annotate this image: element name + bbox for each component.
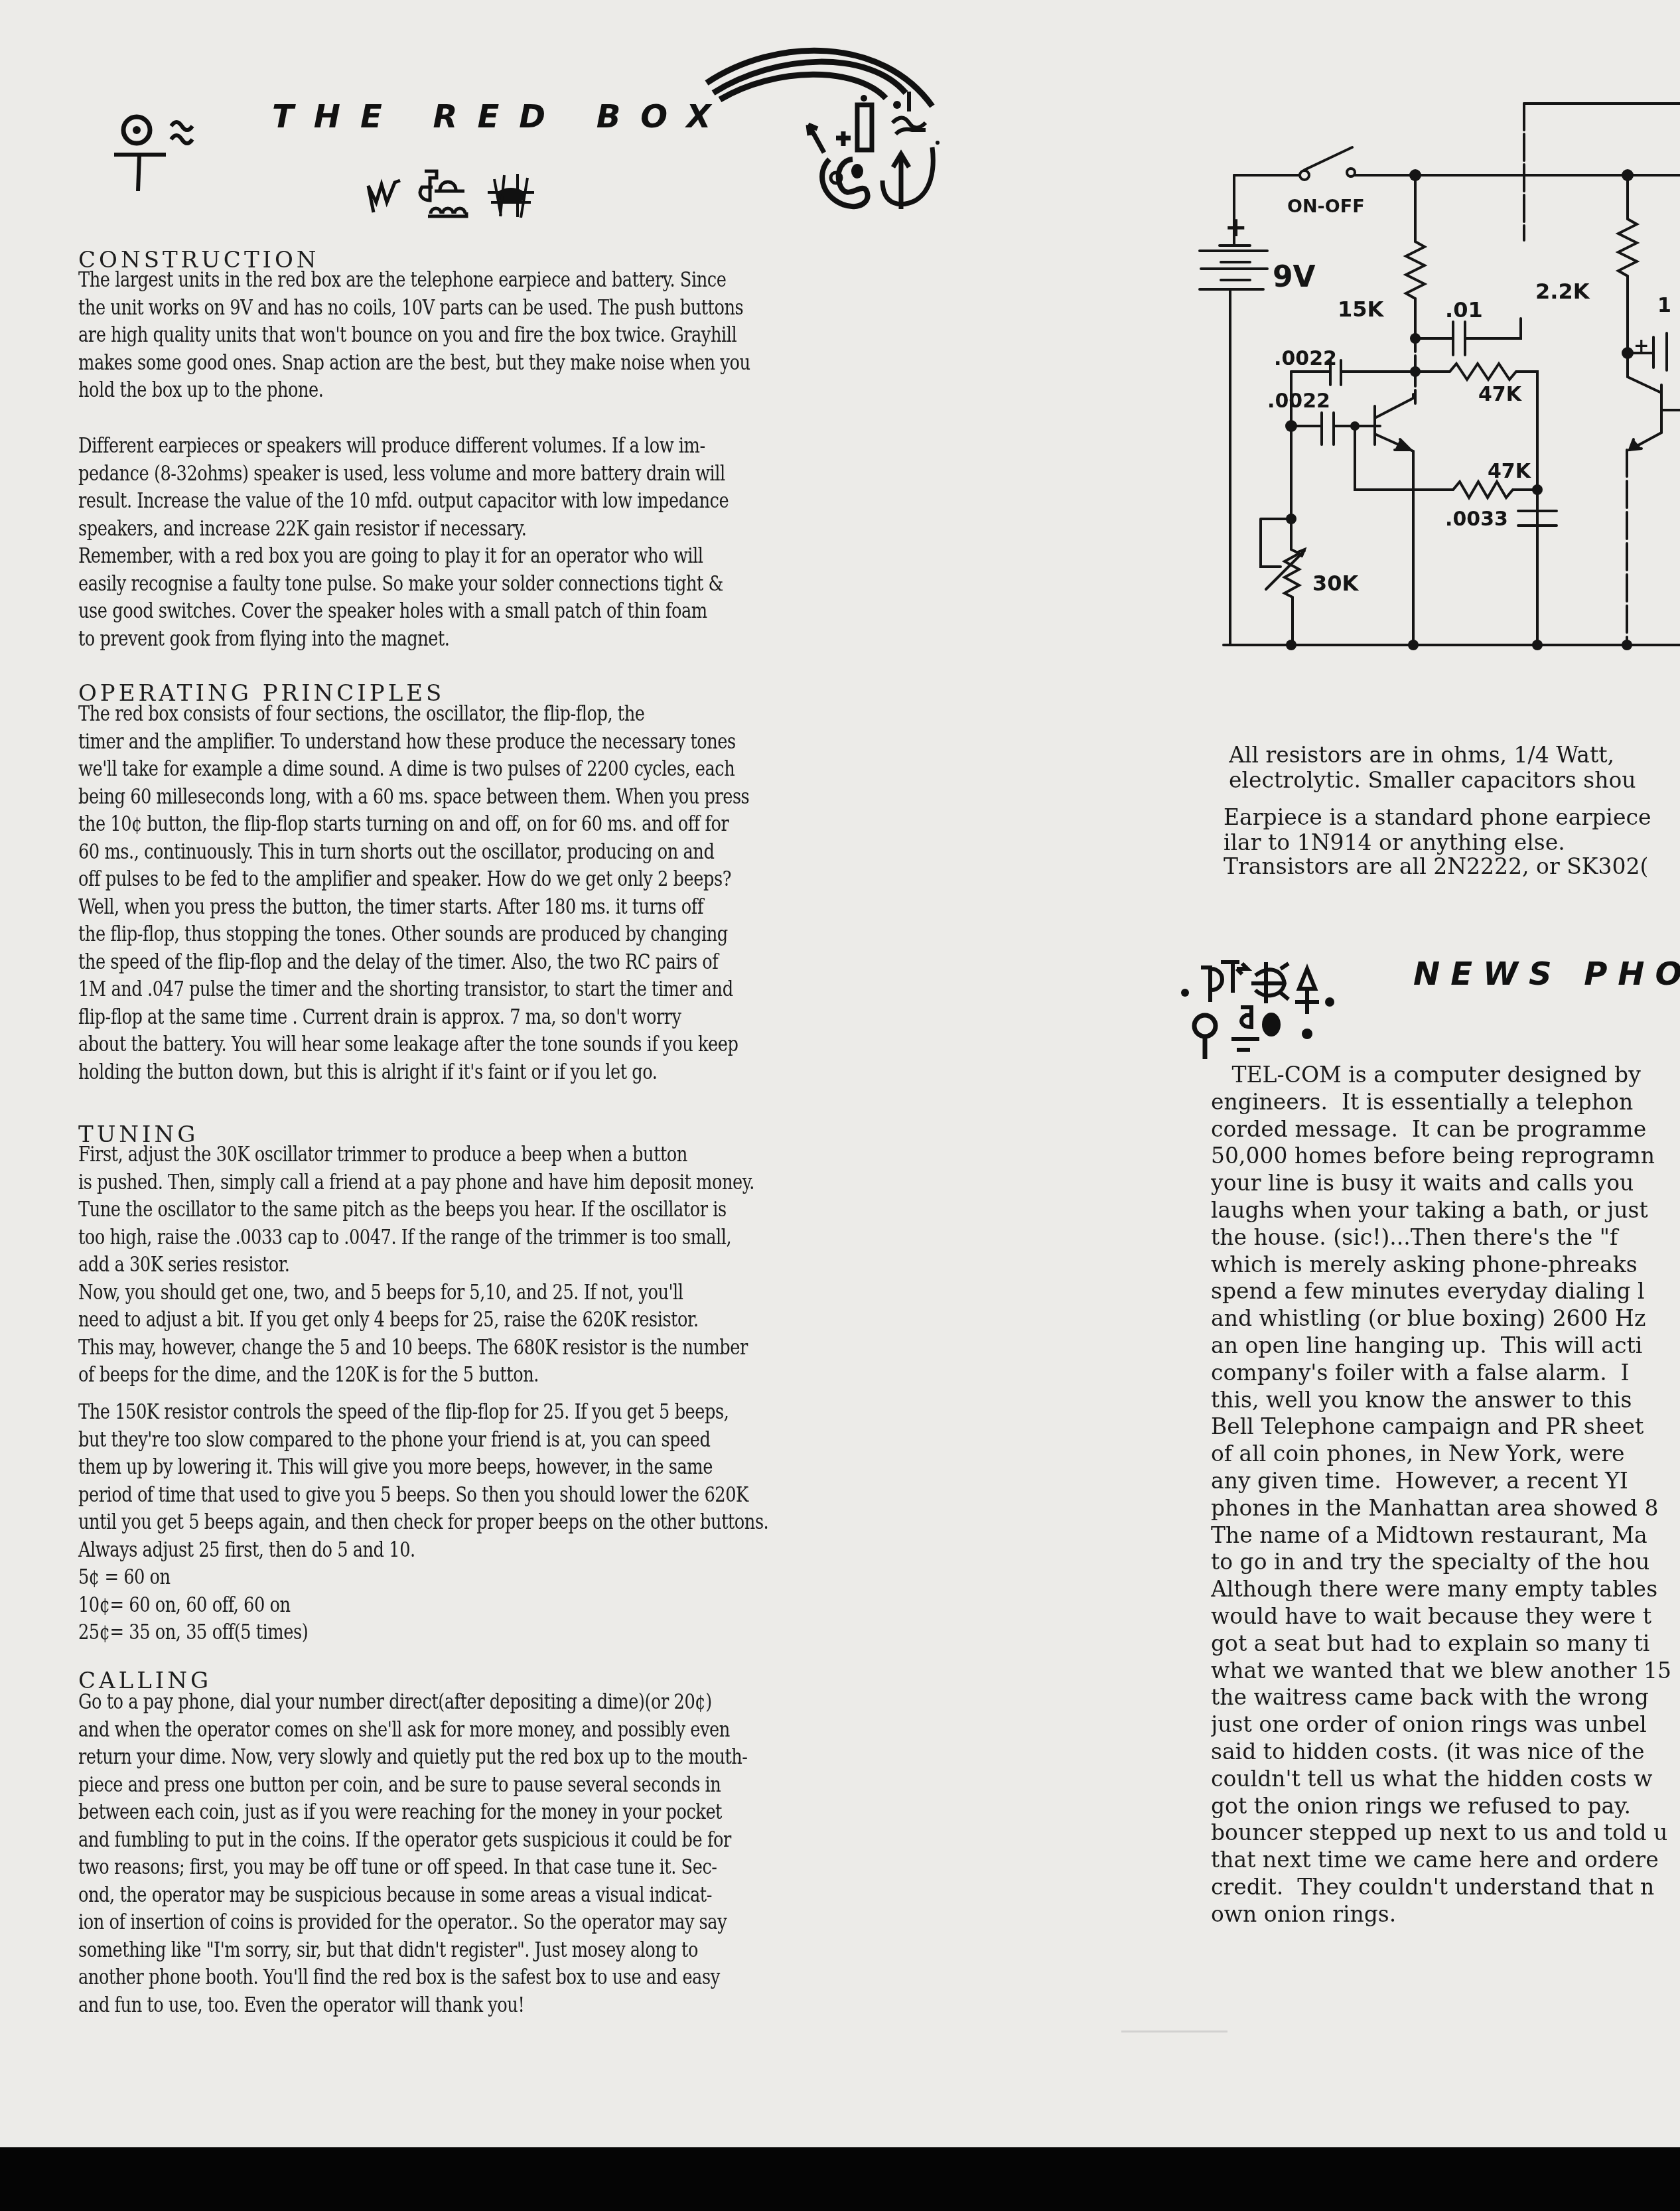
news-article-body: TEL-COM is a computer designed byenginee… xyxy=(1188,1062,1680,1977)
news-body-line: credit. They couldn't understand that n xyxy=(1211,1874,1675,1901)
news-body-line: to go in and try the specialty of the ho… xyxy=(1211,1549,1675,1576)
parts-note-line: ilar to 1N914 or anything else. xyxy=(1224,829,1680,857)
news-body-line: the waitress came back with the wrong xyxy=(1211,1684,1675,1711)
c4-label: .0033 xyxy=(1445,508,1508,531)
parts-note-line: All resistors are in ohms, 1/4 Watt, xyxy=(1229,742,1680,769)
scanned-page: THE RED BOX CONSTRUCTION The largest uni… xyxy=(0,0,1680,2147)
news-hieroglyph-icon xyxy=(1181,942,1400,1062)
scan-mark xyxy=(1121,2031,1227,2033)
news-body-line: laughs when your taking a bath, or just xyxy=(1211,1197,1675,1224)
c5-plus-label: + xyxy=(1634,334,1649,356)
parts-note-line: electrolytic. Smaller capacitors shou xyxy=(1229,767,1680,794)
news-body-line: TEL-COM is a computer designed by xyxy=(1211,1062,1675,1089)
news-body-line: would have to wait because they were t xyxy=(1211,1603,1675,1630)
news-body-line: this, well you know the answer to this xyxy=(1211,1387,1675,1414)
news-body-line: said to hidden costs. (it was nice of th… xyxy=(1211,1739,1675,1766)
trimmer-label: 30K xyxy=(1312,571,1360,596)
r3-label: 47K xyxy=(1478,383,1523,406)
c3-label: .0022 xyxy=(1267,390,1330,413)
news-body-line: bouncer stepped up next to us and told u xyxy=(1211,1819,1675,1847)
c2-label: .0022 xyxy=(1274,347,1337,370)
news-body-line: spend a few minutes everyday dialing l xyxy=(1211,1278,1675,1305)
scanner-edge-bar xyxy=(0,2147,1680,2211)
news-body-line: Bell Telephone campaign and PR sheet xyxy=(1211,1413,1675,1441)
news-body-line: just one order of onion rings was unbel xyxy=(1211,1711,1675,1739)
switch-label: ON-OFF xyxy=(1287,196,1365,217)
news-body-line: the house. (sic!)...Then there's the "f xyxy=(1211,1224,1675,1251)
ankh-sun-glyph-icon xyxy=(113,113,226,199)
news-body-line: corded message. It can be programme xyxy=(1211,1116,1675,1143)
hieroglyph-row-icon xyxy=(362,166,640,219)
news-body-line: phones in the Manhattan area showed 8 xyxy=(1211,1495,1675,1522)
news-body-line: got a seat but had to explain so many ti xyxy=(1211,1630,1675,1658)
news-body-line: couldn't tell us what the hidden costs w xyxy=(1211,1766,1675,1793)
tuning-paragraph-1: First, adjust the 30K oscillator trimmer… xyxy=(78,1141,1113,1390)
news-body-line: and whistling (or blue boxing) 2600 Hz xyxy=(1211,1305,1675,1332)
parts-note-line: Earpiece is a standard phone earpiece xyxy=(1224,804,1680,831)
page-title: THE RED BOX xyxy=(272,98,731,135)
news-body-line: of all coin phones, in New York, were xyxy=(1211,1441,1675,1468)
news-body-line: what we wanted that we blew another 15 xyxy=(1211,1658,1675,1685)
news-body-line: company's foiler with a false alarm. I xyxy=(1211,1360,1675,1387)
construction-paragraph-1: The largest units in the red box are the… xyxy=(78,267,1113,405)
battery-voltage-label: 9V xyxy=(1273,260,1316,294)
operating-principles-paragraph: The red box consists of four sections, t… xyxy=(78,701,1113,1086)
news-body-line: got the onion rings we refused to pay. xyxy=(1211,1793,1675,1820)
tuning-paragraph-2: The 150K resistor controls the speed of … xyxy=(78,1399,1113,1647)
calling-paragraph: Go to a pay phone, dial your number dire… xyxy=(78,1689,1113,2019)
news-body-line: The name of a Midtown restaurant, Ma xyxy=(1211,1522,1675,1549)
news-body-line: own onion rings. xyxy=(1211,1901,1675,1928)
news-section-title: NEWS PHO xyxy=(1413,956,1680,993)
news-body-line: your line is busy it waits and calls you xyxy=(1211,1170,1675,1197)
construction-paragraph-2: Different earpieces or speakers will pro… xyxy=(78,433,1113,653)
news-body-line: an open line hanging up. This will acti xyxy=(1211,1332,1675,1360)
parts-notes: All resistors are in ohms, 1/4 Watt, ele… xyxy=(1188,742,1680,888)
news-body-line: that next time we came here and ordere xyxy=(1211,1847,1675,1874)
rainbow-glyph-cluster-icon xyxy=(703,40,1168,239)
battery-plus-label: + xyxy=(1225,212,1247,243)
r1-label: 15K xyxy=(1338,297,1385,322)
news-body-line: any given time. However, a recent YI xyxy=(1211,1468,1675,1495)
news-body-line: Although there were many empty tables xyxy=(1211,1576,1675,1603)
red-box-circuit-schematic: ON-OFF + 9V 15K 2.2K .01 .0022 .0022 47K… xyxy=(1181,93,1680,690)
parts-note-line: Transistors are all 2N2222, or SK302( xyxy=(1224,853,1680,881)
r2-label: 2.2K xyxy=(1535,279,1590,304)
news-body-line: engineers. It is essentially a telephon xyxy=(1211,1089,1675,1116)
r4-label: 47K xyxy=(1488,460,1532,483)
news-body-line: which is merely asking phone-phreaks xyxy=(1211,1251,1675,1279)
c1-label: .01 xyxy=(1445,297,1483,322)
news-body-line: 50,000 homes before being reprogramn xyxy=(1211,1143,1675,1170)
c5-label: 1 xyxy=(1657,294,1671,317)
